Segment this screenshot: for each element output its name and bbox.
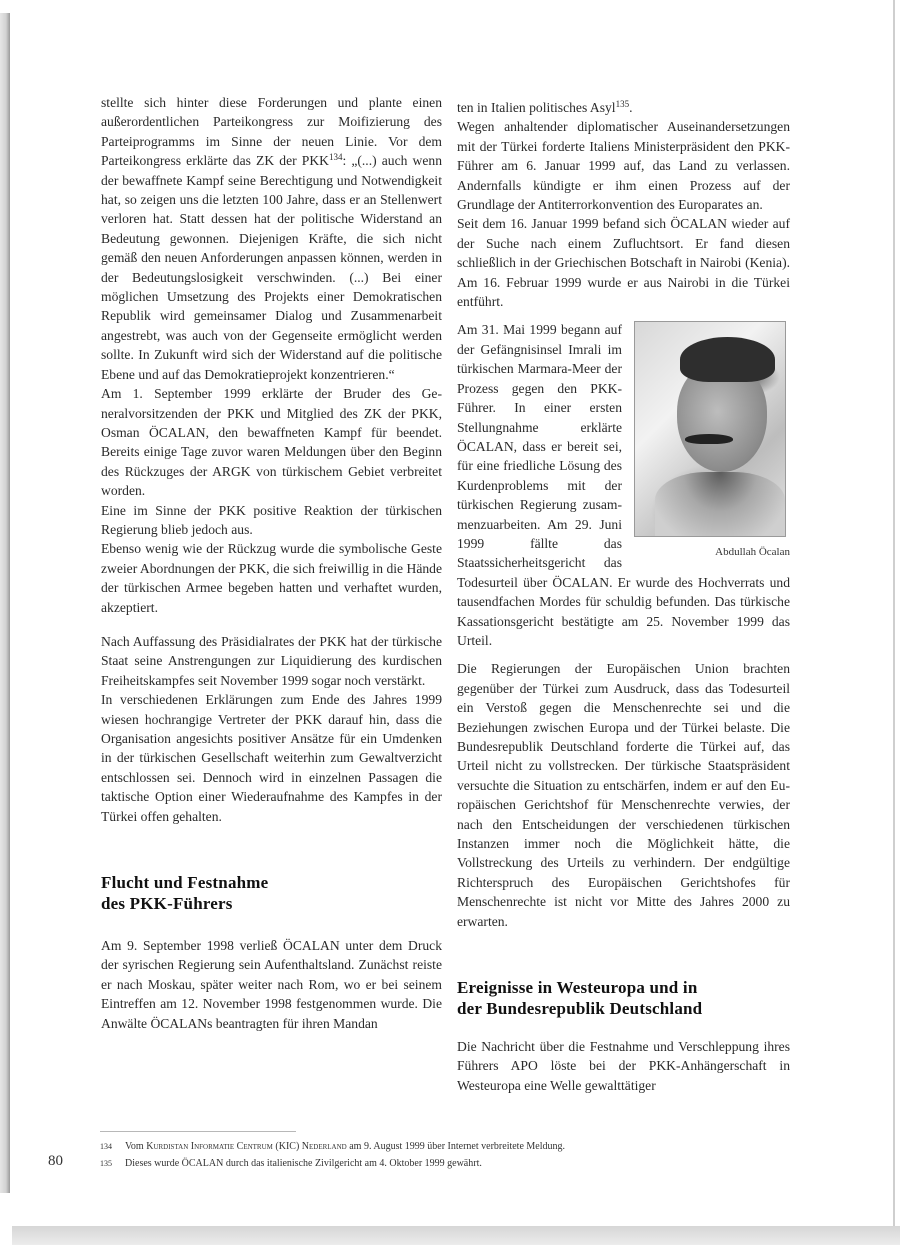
section-heading-flucht: Flucht und Festnahmedes PKK-Führers	[101, 872, 442, 914]
paragraph: Die Nachricht über die Festnahme und Ver…	[457, 1037, 790, 1095]
paragraph: Die Regierungen der Europäischen Union b…	[457, 659, 790, 931]
paragraph: Am 1. September 1999 erklärte der Bruder…	[101, 384, 442, 500]
spacer	[101, 617, 442, 632]
spacer	[101, 914, 442, 936]
right-column: ten in Italien politisches Asyl135. Wege…	[457, 98, 790, 1095]
footnote-ref-134[interactable]: 134	[329, 152, 343, 162]
paragraph: Am 9. September 1998 verließ ÖCALAN unte…	[101, 936, 442, 1033]
footnote-134: 134 Vom Kurdistan Informatie Centrum (KI…	[100, 1138, 820, 1155]
photo-caption: Abdullah Öcalan	[634, 545, 790, 559]
photo-shape	[685, 434, 733, 444]
left-column: stellte sich hinter diese Forderungen un…	[101, 93, 442, 1033]
footnote-ref-135[interactable]: 135	[616, 99, 630, 109]
section-heading-ereignisse: Ereignisse in Westeuropa und inder Bunde…	[457, 977, 790, 1019]
footnote-number: 135	[100, 1155, 125, 1172]
paragraph: Seit dem 16. Januar 1999 befand sich ÖCA…	[457, 214, 790, 311]
spacer	[457, 650, 790, 659]
paragraph: Nach Auffassung des Präsidialrates der P…	[101, 632, 442, 690]
portrait-photo	[634, 321, 786, 537]
photo-shape	[680, 337, 775, 382]
spacer	[457, 311, 790, 320]
paragraph: Ebenso wenig wie der Rückzug wurde die s…	[101, 539, 442, 617]
paragraph: In verschiedenen Erklärungen zum Ende de…	[101, 690, 442, 826]
paragraph: Eine im Sinne der PKK positive Reaktion …	[101, 501, 442, 540]
spacer	[101, 826, 442, 872]
paragraph: Wegen anhaltender diplomatischer Auseina…	[457, 117, 790, 214]
footnote-divider	[100, 1131, 296, 1132]
spacer	[457, 1019, 790, 1037]
paragraph: stellte sich hinter diese Forderungen un…	[101, 93, 442, 384]
footnote-text: Vom Kurdistan Informatie Centrum (KIC) N…	[125, 1138, 565, 1155]
footnote-text: Dieses wurde ÖCALAN durch das italienisc…	[125, 1155, 482, 1172]
footnotes: 134 Vom Kurdistan Informatie Centrum (KI…	[100, 1138, 820, 1172]
page-number: 80	[48, 1153, 63, 1170]
spacer	[457, 931, 790, 977]
page-bottom-shadow	[12, 1226, 900, 1245]
paragraph: ten in Italien politisches Asyl135.	[457, 98, 790, 117]
footnote-135: 135 Dieses wurde ÖCALAN durch das italie…	[100, 1155, 820, 1172]
photo-figure: Abdullah Öcalan	[634, 321, 790, 559]
page-edge	[893, 0, 895, 1228]
book-spine-shadow	[0, 13, 10, 1193]
footnote-number: 134	[100, 1138, 125, 1155]
photo-shape	[655, 472, 785, 537]
